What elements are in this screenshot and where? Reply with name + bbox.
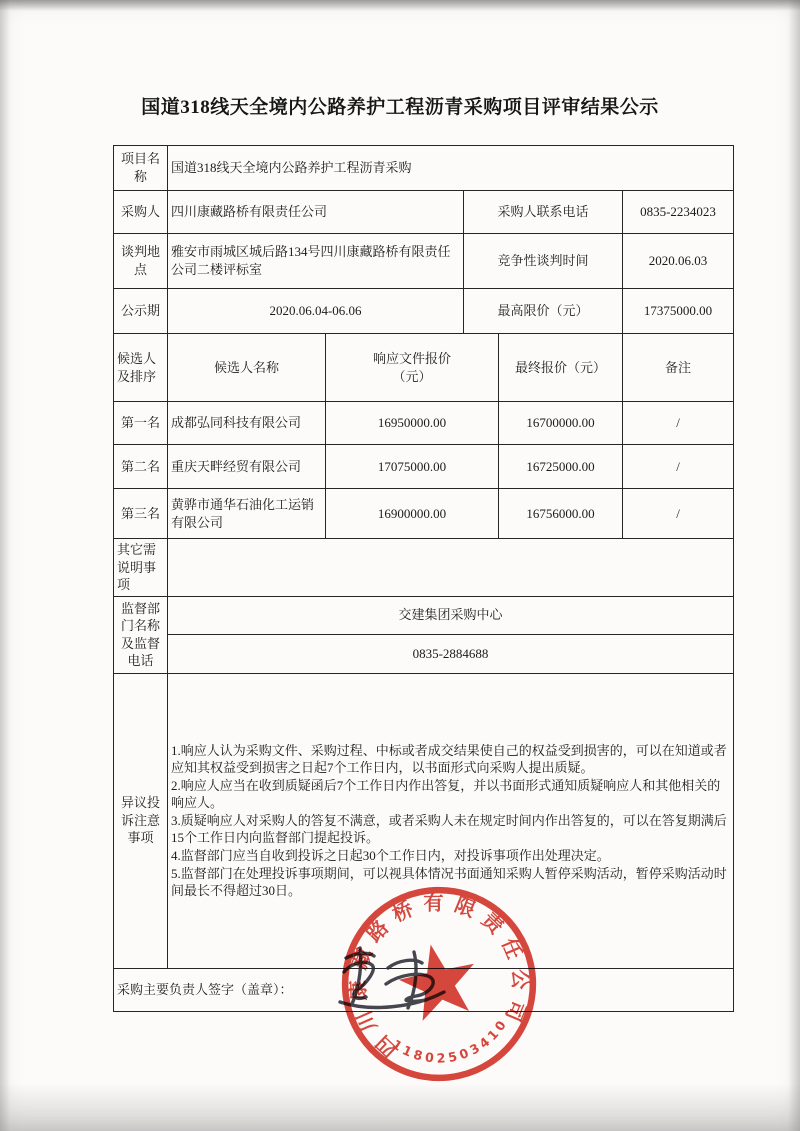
purchaser-value: 四川康藏路桥有限责任公司 bbox=[168, 191, 464, 234]
objection-item: 2.响应人应当在收到质疑函后7个工作日内作出答复，并以书面形式通知质疑响应人和其… bbox=[171, 777, 730, 812]
result-table: 项目名称 国道318线天全境内公路养护工程沥青采购 采购人 四川康藏路桥有限责任… bbox=[113, 145, 734, 1012]
document-page: 国道318线天全境内公路养护工程沥青采购项目评审结果公示 项目名称 国道318线… bbox=[0, 0, 800, 1131]
candidate-rank: 第一名 bbox=[114, 402, 168, 445]
objection-item: 3.质疑响应人对采购人的答复不满意，或者采购人未在规定时间内作出答复的，可以在答… bbox=[171, 812, 730, 847]
objection-item: 1.响应人认为采购文件、采购过程、中标或者成交结果使自己的权益受到损害的，可以在… bbox=[171, 742, 730, 777]
supervision-phone: 0835-2884688 bbox=[168, 634, 734, 673]
purchaser-phone-label: 采购人联系电话 bbox=[464, 191, 623, 234]
candidates-rank-header: 候选人及排序 bbox=[114, 334, 168, 402]
supervision-department: 交建集团采购中心 bbox=[168, 596, 734, 634]
candidate-row: 第三名 黄骅市通华石油化工运销有限公司 16900000.00 16756000… bbox=[114, 489, 734, 539]
candidate-remark: / bbox=[623, 402, 734, 445]
candidates-name-header: 候选人名称 bbox=[168, 334, 326, 402]
publicity-period-label: 公示期 bbox=[114, 289, 168, 334]
other-notes-value bbox=[168, 539, 734, 597]
publicity-period-value: 2020.06.04-06.06 bbox=[168, 289, 464, 334]
candidate-final-bid: 16756000.00 bbox=[499, 489, 623, 539]
candidate-name: 重庆天畔经贸有限公司 bbox=[168, 445, 326, 489]
page-title: 国道318线天全境内公路养护工程沥青采购项目评审结果公示 bbox=[0, 92, 800, 119]
candidates-remark-header: 备注 bbox=[623, 334, 734, 402]
candidate-response-bid: 17075000.00 bbox=[326, 445, 499, 489]
candidate-name: 黄骅市通华石油化工运销有限公司 bbox=[168, 489, 326, 539]
negotiation-time-value: 2020.06.03 bbox=[623, 234, 734, 289]
candidate-rank: 第三名 bbox=[114, 489, 168, 539]
row-publicity-period: 公示期 2020.06.04-06.06 最高限价（元） 17375000.00 bbox=[114, 289, 734, 334]
other-notes-label: 其它需说明事项 bbox=[114, 539, 168, 597]
signature-cell: 采购主要负责人签字（盖章）： bbox=[114, 968, 734, 1011]
candidate-row: 第一名 成都弘同科技有限公司 16950000.00 16700000.00 / bbox=[114, 402, 734, 445]
row-objection: 异议投诉注意事项 1.响应人认为采购文件、采购过程、中标或者成交结果使自己的权益… bbox=[114, 673, 734, 968]
objection-item: 4.监督部门应当自收到投诉之日起30个工作日内，对投诉事项作出处理决定。 bbox=[171, 847, 730, 865]
candidate-remark: / bbox=[623, 445, 734, 489]
candidates-final-bid-header: 最终报价（元） bbox=[499, 334, 623, 402]
negotiation-place-value: 雅安市雨城区城后路134号四川康藏路桥有限责任公司二楼评标室 bbox=[168, 234, 464, 289]
objection-label: 异议投诉注意事项 bbox=[114, 673, 168, 968]
candidate-final-bid: 16700000.00 bbox=[499, 402, 623, 445]
candidate-remark: / bbox=[623, 489, 734, 539]
signature-label: 采购主要负责人签字（盖章）： bbox=[117, 982, 293, 997]
negotiation-place-label: 谈判地点 bbox=[114, 234, 168, 289]
objection-notice: 1.响应人认为采购文件、采购过程、中标或者成交结果使自己的权益受到损害的，可以在… bbox=[168, 673, 734, 968]
row-project-name: 项目名称 国道318线天全境内公路养护工程沥青采购 bbox=[114, 146, 734, 191]
candidate-row: 第二名 重庆天畔经贸有限公司 17075000.00 16725000.00 / bbox=[114, 445, 734, 489]
candidate-rank: 第二名 bbox=[114, 445, 168, 489]
row-supervision-phone: 0835-2884688 bbox=[114, 634, 734, 673]
candidate-response-bid: 16950000.00 bbox=[326, 402, 499, 445]
candidate-response-bid: 16900000.00 bbox=[326, 489, 499, 539]
project-name-value: 国道318线天全境内公路养护工程沥青采购 bbox=[168, 146, 734, 191]
purchaser-phone-value: 0835-2234023 bbox=[623, 191, 734, 234]
project-name-label: 项目名称 bbox=[114, 146, 168, 191]
candidates-response-bid-header: 响应文件报价（元） bbox=[326, 334, 499, 402]
row-signature: 采购主要负责人签字（盖章）： bbox=[114, 968, 734, 1011]
negotiation-time-label: 竞争性谈判时间 bbox=[464, 234, 623, 289]
row-negotiation-place: 谈判地点 雅安市雨城区城后路134号四川康藏路桥有限责任公司二楼评标室 竞争性谈… bbox=[114, 234, 734, 289]
max-price-label: 最高限价（元） bbox=[464, 289, 623, 334]
supervision-label: 监督部门名称及监督电话 bbox=[114, 596, 168, 673]
objection-item: 5.监督部门在处理投诉事项期间，可以视具体情况书面通知采购人暂停采购活动，暂停采… bbox=[171, 865, 730, 900]
row-purchaser: 采购人 四川康藏路桥有限责任公司 采购人联系电话 0835-2234023 bbox=[114, 191, 734, 234]
row-supervision-dept: 监督部门名称及监督电话 交建集团采购中心 bbox=[114, 596, 734, 634]
candidate-final-bid: 16725000.00 bbox=[499, 445, 623, 489]
max-price-value: 17375000.00 bbox=[623, 289, 734, 334]
candidates-header-row: 候选人及排序 候选人名称 响应文件报价（元） 最终报价（元） 备注 bbox=[114, 334, 734, 402]
purchaser-label: 采购人 bbox=[114, 191, 168, 234]
candidate-name: 成都弘同科技有限公司 bbox=[168, 402, 326, 445]
row-other-notes: 其它需说明事项 bbox=[114, 539, 734, 597]
